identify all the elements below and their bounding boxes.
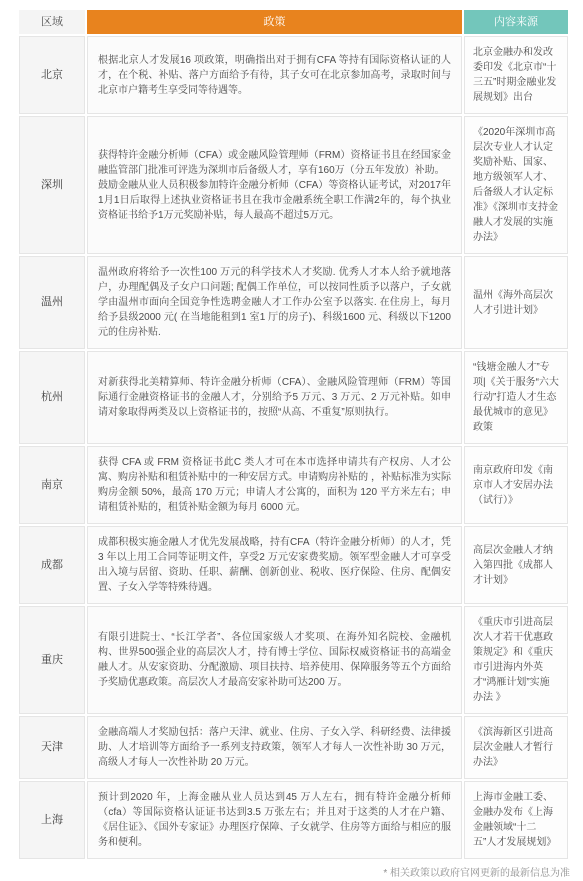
footnote: * 相关政策以政府官网更新的最新信息为准 — [17, 867, 570, 881]
policy-paragraph: 金融高端人才奖励包括：落户天津、就业、住房、子女入学、科研经费、法律援助、人才培… — [98, 725, 451, 770]
policy-cell: 金融高端人才奖励包括：落户天津、就业、住房、子女入学、科研经费、法律援助、人才培… — [87, 716, 462, 779]
source-cell: 高层次金融人才纳入第四批《成都人才计划》 — [464, 526, 568, 604]
policy-paragraph: 对新获得北美精算师、特许金融分析师（CFA）、金融风险管理师（FRM）等国际通行… — [98, 375, 451, 420]
policy-cell: 有限引进院士、“长江学者”、各位国家级人才奖项、在海外知名院校、金融机构、世界5… — [87, 606, 462, 714]
region-cell: 杭州 — [19, 351, 85, 444]
table-row-nanjing: 南京 获得 CFA 或 FRM 资格证书此C 类人才可在本市选择申请共有产权房、… — [19, 446, 568, 524]
source-cell: 北京金融办和发改委印发《北京市“十三五”时期金融业发展规划》出台 — [464, 36, 568, 114]
table-row-chengdu: 成都 成都积极实施金融人才优先发展战略，持有CFA（特许金融分析师）的人才，凭3… — [19, 526, 568, 604]
policy-paragraph: 获得特许金融分析师（CFA）或金融风险管理师（FRM）资格证书且在经国家金融监管… — [98, 148, 451, 178]
policy-paragraph: 预计到2020 年，上海金融从业人员达到45 万人左右，拥有特许金融分析师（cf… — [98, 790, 451, 850]
policy-paragraph: 鼓励金融从业人员积极参加特许金融分析师（CFA）等资格认证考试，对2017年1月… — [98, 178, 451, 223]
table-row-tianjin: 天津 金融高端人才奖励包括：落户天津、就业、住房、子女入学、科研经费、法律援助、… — [19, 716, 568, 779]
header-row: 区域 政策 内容来源 — [19, 10, 568, 34]
table-body: 北京 根据北京人才发展16 项政策，明确指出对于拥有CFA 等持有国际资格认证的… — [19, 36, 568, 859]
table-row-shenzhen: 深圳 获得特许金融分析师（CFA）或金融风险管理师（FRM）资格证书且在经国家金… — [19, 116, 568, 254]
region-cell: 北京 — [19, 36, 85, 114]
policy-cell: 获得 CFA 或 FRM 资格证书此C 类人才可在本市选择申请共有产权房、人才公… — [87, 446, 462, 524]
policy-cell: 成都积极实施金融人才优先发展战略，持有CFA（特许金融分析师）的人才，凭3 年以… — [87, 526, 462, 604]
policy-table-page: 区域 政策 内容来源 北京 根据北京人才发展16 项政策，明确指出对于拥有CFA… — [0, 0, 583, 881]
table-row-wenzhou: 温州 温州政府将给予一次性100 万元的科学技术人才奖励. 优秀人才本人给予就地… — [19, 256, 568, 349]
region-cell: 南京 — [19, 446, 85, 524]
column-header-region: 区域 — [19, 10, 85, 34]
source-cell: 南京政府印发《南京市人才安居办法（试行）》 — [464, 446, 568, 524]
policy-paragraph: 有限引进院士、“长江学者”、各位国家级人才奖项、在海外知名院校、金融机构、世界5… — [98, 630, 451, 690]
policy-paragraph: 获得 CFA 或 FRM 资格证书此C 类人才可在本市选择申请共有产权房、人才公… — [98, 455, 451, 515]
table-row-chongqing: 重庆 有限引进院士、“长江学者”、各位国家级人才奖项、在海外知名院校、金融机构、… — [19, 606, 568, 714]
policy-paragraph: 温州政府将给予一次性100 万元的科学技术人才奖励. 优秀人才本人给予就地落户，… — [98, 265, 451, 340]
policy-cell: 根据北京人才发展16 项政策，明确指出对于拥有CFA 等持有国际资格认证的人才，… — [87, 36, 462, 114]
source-cell: 上海市金融工委、金融办发布《上海金融领域“十二五”人才发展规划》 — [464, 781, 568, 859]
source-cell: 《2020年深圳市高层次专业人才认定奖励补贴、国家、地方级领军人才、后备级人才认… — [464, 116, 568, 254]
region-cell: 上海 — [19, 781, 85, 859]
region-cell: 天津 — [19, 716, 85, 779]
table-row-beijing: 北京 根据北京人才发展16 项政策，明确指出对于拥有CFA 等持有国际资格认证的… — [19, 36, 568, 114]
region-cell: 温州 — [19, 256, 85, 349]
policy-cell: 温州政府将给予一次性100 万元的科学技术人才奖励. 优秀人才本人给予就地落户，… — [87, 256, 462, 349]
table-row-hangzhou: 杭州 对新获得北美精算师、特许金融分析师（CFA）、金融风险管理师（FRM）等国… — [19, 351, 568, 444]
table-header: 区域 政策 内容来源 — [19, 10, 568, 34]
column-header-source: 内容来源 — [464, 10, 568, 34]
region-cell: 深圳 — [19, 116, 85, 254]
policy-table: 区域 政策 内容来源 北京 根据北京人才发展16 项政策，明确指出对于拥有CFA… — [17, 8, 570, 861]
policy-cell: 获得特许金融分析师（CFA）或金融风险管理师（FRM）资格证书且在经国家金融监管… — [87, 116, 462, 254]
source-cell: 《滨海新区引进高层次金融人才暂行办法》 — [464, 716, 568, 779]
policy-cell: 预计到2020 年，上海金融从业人员达到45 万人左右，拥有特许金融分析师（cf… — [87, 781, 462, 859]
policy-cell: 对新获得北美精算师、特许金融分析师（CFA）、金融风险管理师（FRM）等国际通行… — [87, 351, 462, 444]
policy-paragraph: 根据北京人才发展16 项政策，明确指出对于拥有CFA 等持有国际资格认证的人才，… — [98, 53, 451, 98]
source-cell: 温州《海外高层次人才引进计划》 — [464, 256, 568, 349]
table-row-shanghai: 上海 预计到2020 年，上海金融从业人员达到45 万人左右，拥有特许金融分析师… — [19, 781, 568, 859]
region-cell: 重庆 — [19, 606, 85, 714]
policy-paragraph: 成都积极实施金融人才优先发展战略，持有CFA（特许金融分析师）的人才，凭3 年以… — [98, 535, 451, 595]
source-cell: 《重庆市引进高层次人才若干优惠政策规定》和《重庆市引进海内外英才“鸿雁计划”实施… — [464, 606, 568, 714]
column-header-policy: 政策 — [87, 10, 462, 34]
source-cell: “钱塘金融人才”专项|《关于服务“六大行动”打造人才生态最优城市的意见》政策 — [464, 351, 568, 444]
region-cell: 成都 — [19, 526, 85, 604]
